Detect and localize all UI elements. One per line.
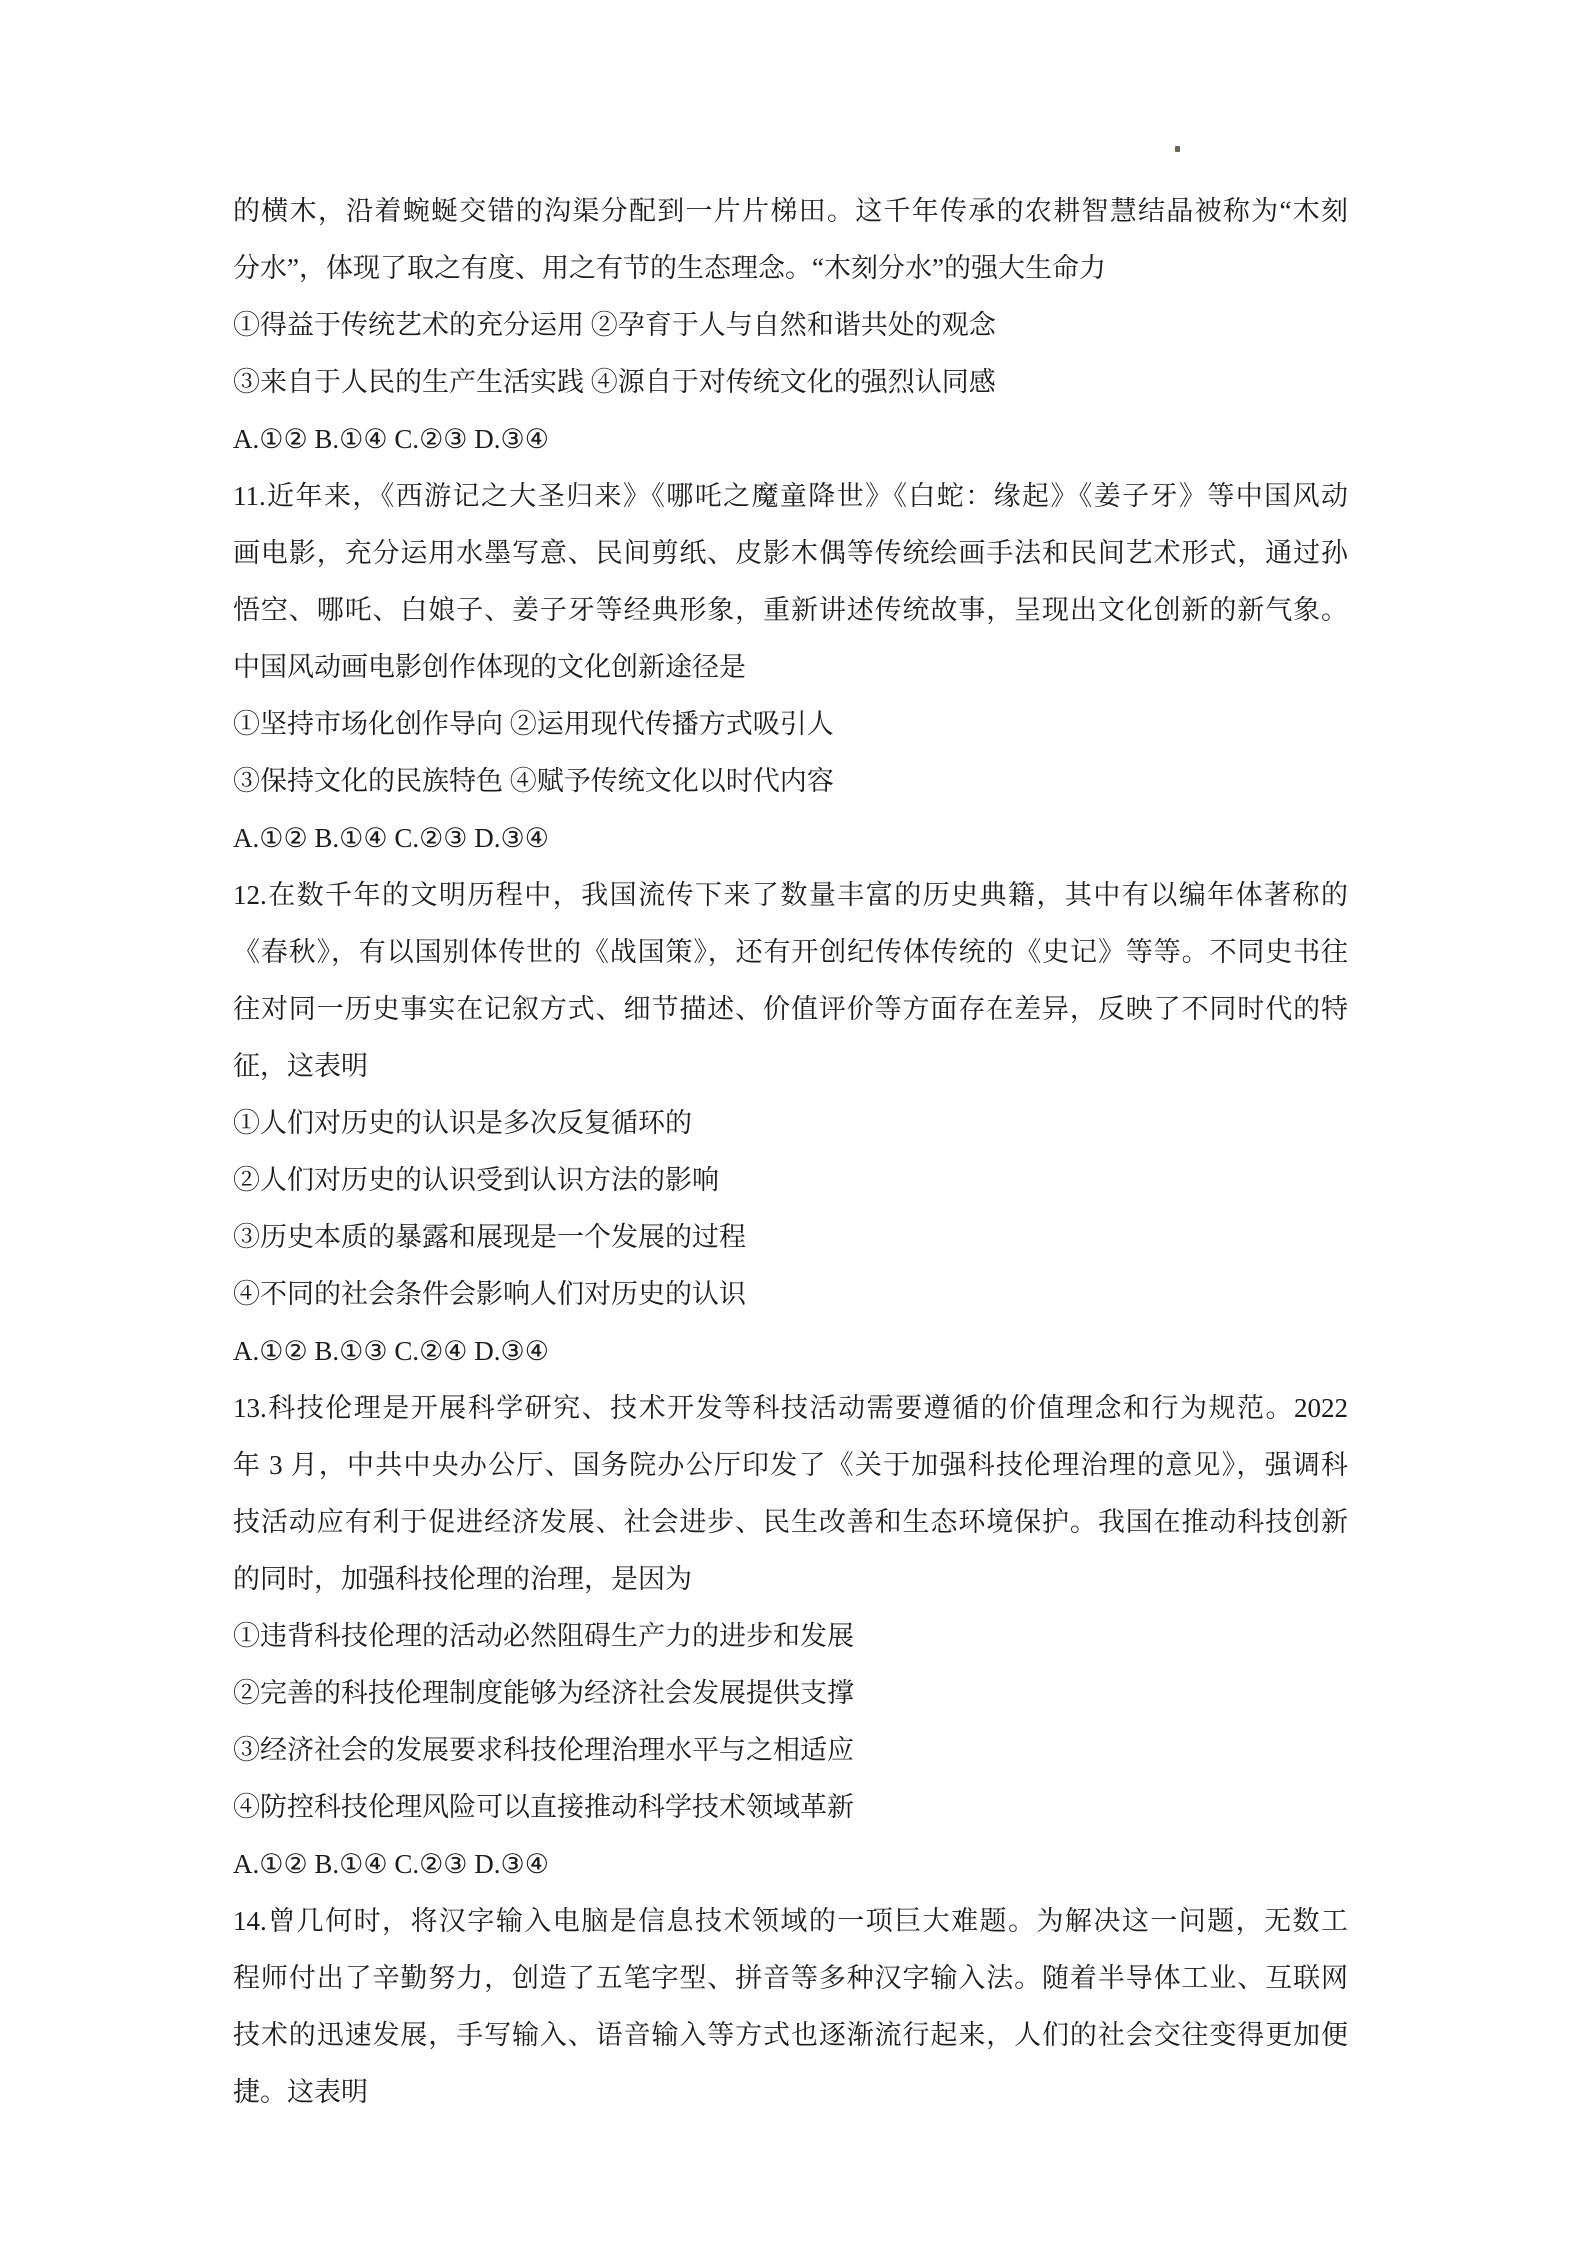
text-line-12: A.①② B.①④ C.②③ D.③④ [233, 810, 1348, 867]
text-line-30: A.①② B.①④ C.②③ D.③④ [233, 1836, 1348, 1893]
text-line-23: 年 3 月，中共中央办公厅、国务院办公厅印发了《关于加强科技伦理治理的意见》，强… [233, 1437, 1348, 1494]
text-line-19: ③历史本质的暴露和展现是一个发展的过程 [233, 1209, 1348, 1266]
text-line-7: 画电影，充分运用水墨写意、民间剪纸、皮影木偶等传统绘画手法和民间艺术形式，通过孙 [233, 525, 1348, 582]
text-line-32: 程师付出了辛勤努力，创造了五笔字型、拼音等多种汉字输入法。随着半导体工业、互联网 [233, 1950, 1348, 2007]
text-line-21: A.①② B.①③ C.②④ D.③④ [233, 1323, 1348, 1380]
text-line-25: 的同时，加强科技伦理的治理，是因为 [233, 1551, 1348, 1608]
exam-text-block: 的横木，沿着蜿蜒交错的沟渠分配到一片片梯田。这千年传承的农耕智慧结晶被称为“木刻… [233, 183, 1348, 2121]
text-line-29: ④防控科技伦理风险可以直接推动科学技术领域革新 [233, 1779, 1348, 1836]
text-line-17: ①人们对历史的认识是多次反复循环的 [233, 1095, 1348, 1152]
text-line-27: ②完善的科技伦理制度能够为经济社会发展提供支撑 [233, 1665, 1348, 1722]
text-line-3: ①得益于传统艺术的充分运用 ②孕育于人与自然和谐共处的观念 [233, 297, 1348, 354]
text-line-8: 悟空、哪吒、白娘子、姜子牙等经典形象，重新讲述传统故事，呈现出文化创新的新气象。 [233, 582, 1348, 639]
text-line-18: ②人们对历史的认识受到认识方法的影响 [233, 1152, 1348, 1209]
text-line-1: 的横木，沿着蜿蜒交错的沟渠分配到一片片梯田。这千年传承的农耕智慧结晶被称为“木刻 [233, 183, 1348, 240]
text-line-9: 中国风动画电影创作体现的文化创新途径是 [233, 639, 1348, 696]
text-line-5: A.①② B.①④ C.②③ D.③④ [233, 411, 1348, 468]
text-line-6: 11.近年来，《西游记之大圣归来》《哪吒之魔童降世》《白蛇：缘起》《姜子牙》等中… [233, 468, 1348, 525]
text-line-28: ③经济社会的发展要求科技伦理治理水平与之相适应 [233, 1722, 1348, 1779]
speck-artifact [1175, 146, 1180, 152]
text-line-20: ④不同的社会条件会影响人们对历史的认识 [233, 1266, 1348, 1323]
exam-page: 的横木，沿着蜿蜒交错的沟渠分配到一片片梯田。这千年传承的农耕智慧结晶被称为“木刻… [0, 0, 1586, 2244]
text-line-15: 往对同一历史事实在记叙方式、细节描述、价值评价等方面存在差异，反映了不同时代的特 [233, 981, 1348, 1038]
text-line-33: 技术的迅速发展，手写输入、语音输入等方式也逐渐流行起来，人们的社会交往变得更加便 [233, 2007, 1348, 2064]
text-line-34: 捷。这表明 [233, 2064, 1348, 2121]
text-line-26: ①违背科技伦理的活动必然阻碍生产力的进步和发展 [233, 1608, 1348, 1665]
text-line-24: 技活动应有利于促进经济发展、社会进步、民生改善和生态环境保护。我国在推动科技创新 [233, 1494, 1348, 1551]
text-line-2: 分水”，体现了取之有度、用之有节的生态理念。“木刻分水”的强大生命力 [233, 240, 1348, 297]
text-line-22: 13.科技伦理是开展科学研究、技术开发等科技活动需要遵循的价值理念和行为规范。2… [233, 1380, 1348, 1437]
text-line-10: ①坚持市场化创作导向 ②运用现代传播方式吸引人 [233, 696, 1348, 753]
text-line-13: 12.在数千年的文明历程中，我国流传下来了数量丰富的历史典籍，其中有以编年体著称… [233, 867, 1348, 924]
text-line-31: 14.曾几何时，将汉字输入电脑是信息技术领域的一项巨大难题。为解决这一问题，无数… [233, 1893, 1348, 1950]
text-line-14: 《春秋》，有以国别体传世的《战国策》，还有开创纪传体传统的《史记》等等。不同史书… [233, 924, 1348, 981]
text-line-16: 征，这表明 [233, 1038, 1348, 1095]
text-line-11: ③保持文化的民族特色 ④赋予传统文化以时代内容 [233, 753, 1348, 810]
text-line-4: ③来自于人民的生产生活实践 ④源自于对传统文化的强烈认同感 [233, 354, 1348, 411]
